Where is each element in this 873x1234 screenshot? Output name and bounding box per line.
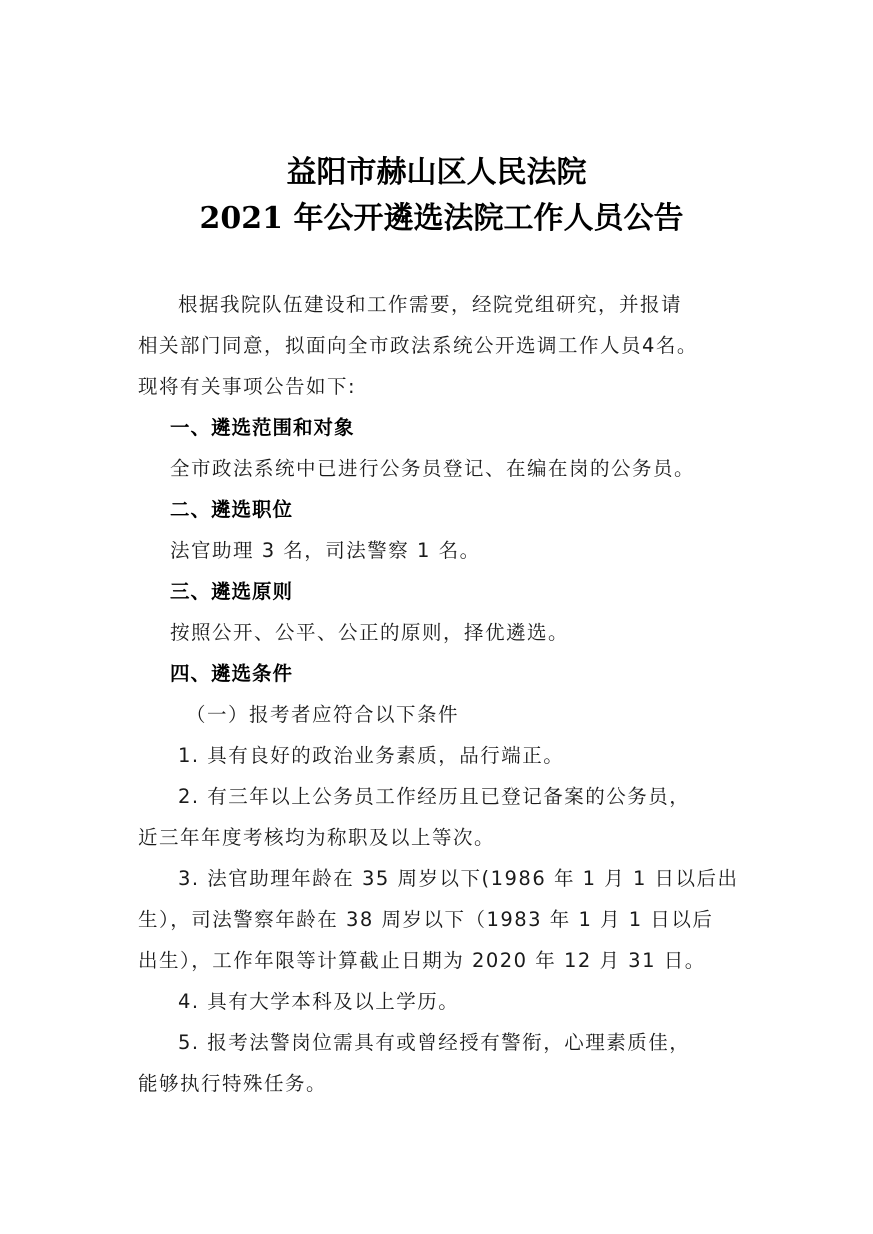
section-heading-conditions: 四、遴选条件 [138,653,748,694]
document-body: 根据我院队伍建设和工作需要，经院党组研究，并报请 相关部门同意，拟面向全市政法系… [138,284,748,1104]
section-content-principles: 按照公开、公平、公正的原则，择优遴选。 [138,612,748,653]
condition-item-3: 3. 法官助理年龄在 35 周岁以下(1986 年 1 月 1 日以后出 [138,858,748,899]
condition-item-5: 5. 报考法警岗位需具有或曾经授有警衔，心理素质佳， [138,1022,748,1063]
condition-item-5-cont: 能够执行特殊任务。 [138,1063,748,1104]
intro-line: 现将有关事项公告如下: [138,366,748,407]
title-line-court: 益阳市赫山区人民法院 [0,150,873,196]
condition-item-1: 1. 具有良好的政治业务素质，品行端正。 [138,735,748,776]
document-title: 益阳市赫山区人民法院 2021 年公开遴选法院工作人员公告 [0,150,873,242]
document-page: 益阳市赫山区人民法院 2021 年公开遴选法院工作人员公告 根据我院队伍建设和工… [0,0,873,1234]
section-content-positions: 法官助理 3 名，司法警察 1 名。 [138,530,748,571]
condition-item-2: 2. 有三年以上公务员工作经历且已登记备案的公务员， [138,776,748,817]
condition-item-4: 4. 具有大学本科及以上学历。 [138,981,748,1022]
condition-item-3-cont: 生），司法警察年龄在 38 周岁以下（1983 年 1 月 1 日以后 [138,899,748,940]
title-line-announcement: 2021 年公开遴选法院工作人员公告 [10,196,873,242]
intro-line: 根据我院队伍建设和工作需要，经院党组研究，并报请 [138,284,748,325]
section-heading-scope: 一、遴选范围和对象 [138,407,748,448]
subsection-heading-conditions: （一）报考者应符合以下条件 [138,694,748,735]
section-heading-principles: 三、遴选原则 [138,571,748,612]
condition-item-2-cont: 近三年年度考核均为称职及以上等次。 [138,817,748,858]
condition-item-3-cont: 出生），工作年限等计算截止日期为 2020 年 12 月 31 日。 [138,940,748,981]
section-heading-positions: 二、遴选职位 [138,489,748,530]
section-content-scope: 全市政法系统中已进行公务员登记、在编在岗的公务员。 [138,448,748,489]
intro-line: 相关部门同意，拟面向全市政法系统公开选调工作人员4名。 [138,325,748,366]
